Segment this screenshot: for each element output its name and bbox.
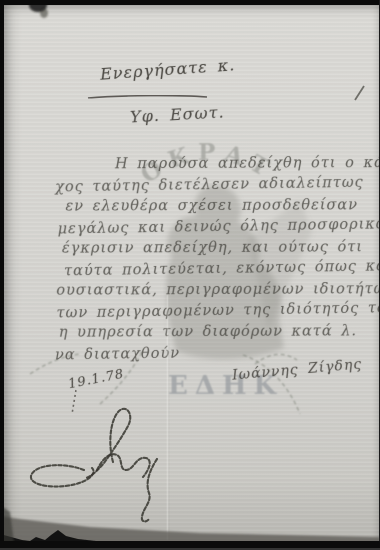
handwritten-paragraph: Η παρούσα απεδείχθη ότι ο κάτο- χος ταύτ…	[55, 154, 379, 364]
scanned-document: ΟΚΡΑΤ ΕΔΗΚ Ενεργήσατε κ. Υφ. Εσωτ. Η παρ…	[0, 0, 380, 550]
scan-border-bottom	[0, 541, 380, 550]
scan-border-top	[0, 0, 380, 5]
handwritten-line: Η παρούσα απεδείχθη ότι ο κάτο-	[115, 155, 377, 177]
paper-crease	[167, 295, 168, 540]
scan-border-left	[0, 0, 4, 550]
